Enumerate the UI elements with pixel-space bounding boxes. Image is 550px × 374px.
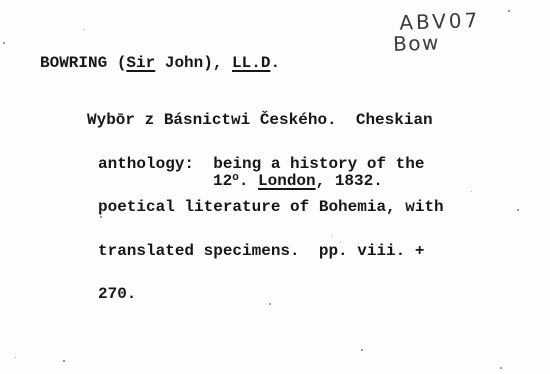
heading-degree: LL.D [232, 54, 270, 72]
imprint-place: London [258, 172, 316, 190]
title-line: poetical literature of Bohemia, with [98, 200, 444, 215]
catalog-card: ABV07 Bow BOWRING (Sir John), LL.D. Wybō… [0, 0, 550, 374]
imprint-separator: . [239, 172, 258, 190]
scan-speck [269, 303, 271, 305]
title-paragraph: Wybōr z Básnictwi Českého. Cheskian anth… [87, 84, 444, 331]
pagination-line: 270. [98, 287, 444, 302]
title-line: anthology: being a history of the [98, 157, 444, 172]
heading-forename: John), [155, 54, 232, 72]
imprint-line: 12o. London, 1832. [213, 174, 383, 189]
title-line: translated specimens. pp. viii. + [98, 244, 444, 259]
format-size: 12 [213, 172, 232, 190]
scan-speck [3, 42, 5, 44]
heading-period: . [270, 54, 280, 72]
scan-speck [361, 349, 363, 351]
scan-speck [100, 216, 102, 218]
scan-speck [471, 191, 472, 192]
pencil-classmark: ABV07 [399, 10, 481, 34]
heading-title-sir: Sir [126, 54, 155, 72]
scan-speck [84, 29, 85, 30]
pencil-annotation: ABV07 Bow [392, 10, 481, 55]
format-degree-mark: o [232, 172, 239, 184]
scan-speck [508, 10, 510, 12]
scan-speck [63, 360, 65, 362]
scan-speck [500, 367, 502, 369]
pencil-filing-word: Bow [393, 31, 482, 55]
scan-speck [340, 242, 341, 243]
author-heading: BOWRING (Sir John), LL.D. [40, 56, 280, 71]
title-line: Wybōr z Básnictwi Českého. Cheskian [87, 113, 444, 128]
scan-speck [15, 357, 16, 358]
heading-surname: BOWRING ( [40, 54, 126, 72]
scan-speck [517, 209, 519, 211]
imprint-date: , 1832. [316, 172, 383, 190]
scan-speck [332, 235, 333, 236]
